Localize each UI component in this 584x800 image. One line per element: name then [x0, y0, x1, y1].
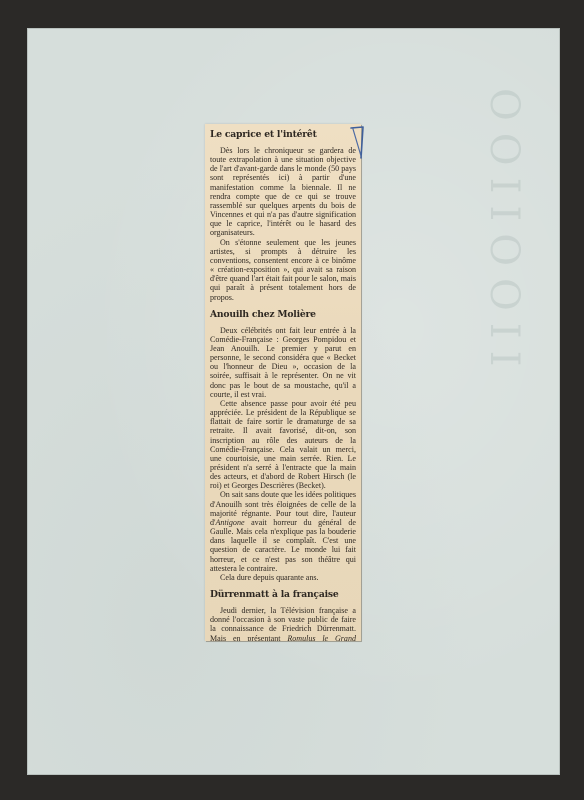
section-title-anouilh: Anouilh chez Molière [210, 309, 356, 320]
section-title-durrenmatt: Dürrenmatt à la française [210, 589, 356, 600]
blue-pencil-mark-icon [350, 126, 364, 160]
paragraph: Cela dure depuis quarante ans. [210, 573, 356, 582]
paragraph: On sait sans doute que les idées politiq… [210, 490, 356, 572]
paragraph: Deux célébrités ont fait leur entrée à l… [210, 326, 356, 399]
paragraph: Dès lors le chroniqueur se gardera de to… [210, 146, 356, 238]
paragraph: Jeudi dernier, la Télévision française a… [210, 606, 356, 641]
newspaper-clipping: Le caprice et l'intérêt Dès lors le chro… [205, 124, 361, 641]
paragraph: On s'étonne seulement que les jeunes art… [210, 238, 356, 302]
section-title-caprice: Le caprice et l'intérêt [210, 129, 356, 140]
watermark-show-through: OOIIOOII [467, 88, 527, 778]
paragraph: Cette absence passe pour avoir été peu a… [210, 399, 356, 491]
